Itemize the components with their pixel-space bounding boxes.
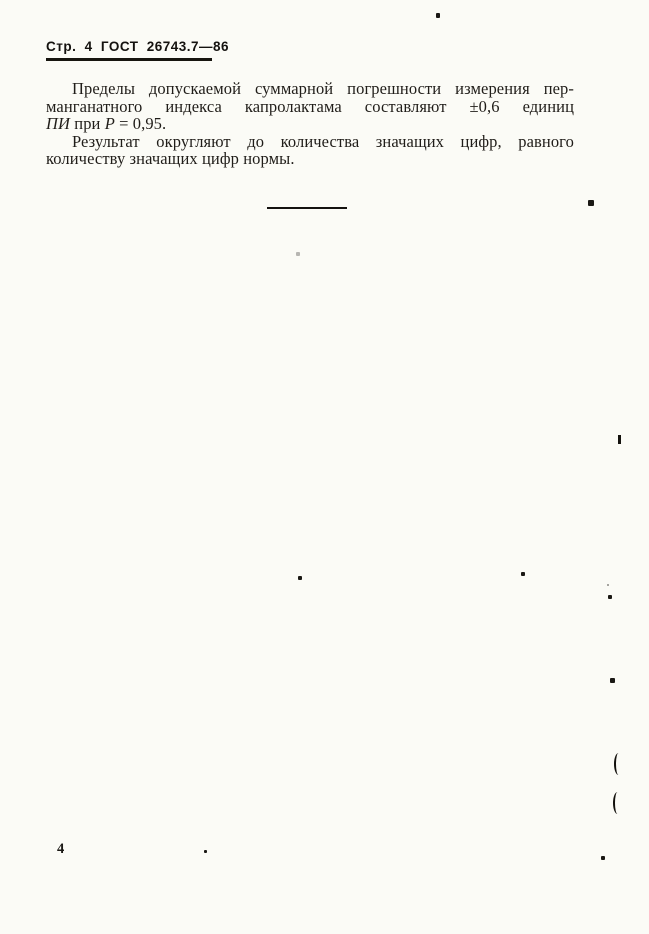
scan-speck bbox=[436, 13, 440, 18]
paragraph1-line3-value: = 0,95. bbox=[115, 114, 166, 133]
term-PI-italic: ПИ bbox=[46, 114, 70, 133]
page-header: Стр. 4 ГОСТ 26743.7—86 bbox=[46, 39, 229, 54]
scan-speck bbox=[588, 200, 594, 206]
scan-speck bbox=[618, 435, 621, 444]
scan-speck bbox=[610, 678, 615, 683]
paragraph1-line3-text: при bbox=[70, 114, 105, 133]
scan-speck bbox=[608, 595, 612, 599]
scan-speck bbox=[614, 753, 621, 775]
scan-speck bbox=[613, 792, 620, 814]
scan-speck bbox=[296, 252, 300, 256]
scan-speck bbox=[204, 850, 207, 853]
paragraph1-line2: манганатного индекса капролактама состав… bbox=[46, 98, 574, 116]
page-number: 4 bbox=[57, 841, 64, 858]
scan-speck bbox=[607, 584, 609, 586]
scan-speck bbox=[298, 576, 302, 580]
paragraph1-line3: ПИ при Р = 0,95. bbox=[46, 115, 574, 133]
paragraph2-line1: Результат округляют до количества значащ… bbox=[46, 133, 574, 151]
document-page: Стр. 4 ГОСТ 26743.7—86 Пределы допускаем… bbox=[0, 0, 649, 934]
term-P-italic: Р bbox=[105, 114, 115, 133]
section-end-rule bbox=[267, 207, 347, 209]
paragraph2-line2: количеству значащих цифр нормы. bbox=[46, 150, 574, 168]
scan-speck bbox=[601, 856, 605, 860]
paragraph1-line1: Пределы допускаемой суммарной погрешност… bbox=[46, 80, 574, 98]
scan-speck bbox=[521, 572, 525, 576]
document-body: Пределы допускаемой суммарной погрешност… bbox=[46, 80, 574, 168]
header-underline-rule bbox=[46, 58, 212, 61]
